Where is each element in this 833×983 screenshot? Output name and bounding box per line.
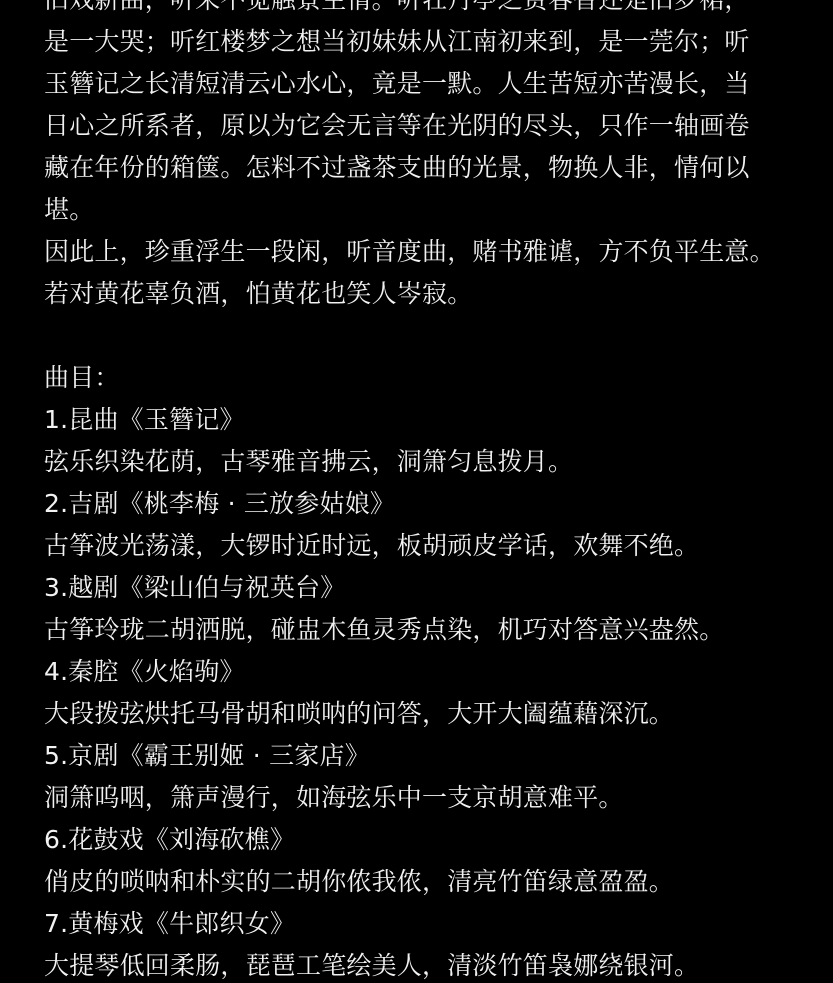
text-line: 堪。 xyxy=(44,189,833,231)
program-item: 7.黄梅戏《牛郎织女》 大提琴低回柔肠，琵琶工笔绘美人，清淡竹笛袅娜绕银河。 xyxy=(44,903,833,983)
program-item-title: 2.吉剧《桃李梅 · 三放参姑娘》 xyxy=(44,483,833,525)
text-line: 因此上，珍重浮生一段闲，听音度曲，赌书雅谑，方不负平生意。 xyxy=(44,231,833,273)
intro-paragraph: 旧戏新曲，听来不觉触景生情。听牡丹亭之赏春香还是旧罗裙， 是一大哭；听红楼梦之想… xyxy=(44,0,833,231)
text-line: 是一大哭；听红楼梦之想当初妹妹从江南初来到，是一莞尔；听 xyxy=(44,21,833,63)
program-item: 6.花鼓戏《刘海砍樵》 俏皮的唢呐和朴实的二胡你侬我侬，清亮竹笛绿意盈盈。 xyxy=(44,819,833,903)
text-line: 旧戏新曲，听来不觉触景生情。听牡丹亭之赏春香还是旧罗裙， xyxy=(44,0,833,21)
program-item-description: 大提琴低回柔肠，琵琶工笔绘美人，清淡竹笛袅娜绕银河。 xyxy=(44,945,833,983)
text-line: 藏在年份的箱箧。怎料不过盏茶支曲的光景，物换人非，情何以 xyxy=(44,147,833,189)
spacer xyxy=(44,315,833,357)
text-line: 日心之所系者，原以为它会无言等在光阴的尽头，只作一轴画卷 xyxy=(44,105,833,147)
program-section: 曲目： 1.昆曲《玉簪记》 弦乐织染花荫，古琴雅音拂云，洞箫匀息拨月。 2.吉剧… xyxy=(44,357,833,983)
program-item-title: 5.京剧《霸王别姬 · 三家店》 xyxy=(44,735,833,777)
program-item-title: 7.黄梅戏《牛郎织女》 xyxy=(44,903,833,945)
program-item: 3.越剧《梁山伯与祝英台》 古筝玲珑二胡洒脱，碰盅木鱼灵秀点染，机巧对答意兴盎然… xyxy=(44,567,833,651)
program-item-title: 4.秦腔《火焰驹》 xyxy=(44,651,833,693)
article-body: 旧戏新曲，听来不觉触景生情。听牡丹亭之赏春香还是旧罗裙， 是一大哭；听红楼梦之想… xyxy=(44,0,833,983)
program-item-description: 弦乐织染花荫，古琴雅音拂云，洞箫匀息拨月。 xyxy=(44,441,833,483)
program-item-description: 大段拨弦烘托马骨胡和唢呐的问答，大开大阖蕴藉深沉。 xyxy=(44,693,833,735)
text-line: 玉簪记之长清短清云心水心，竟是一默。人生苦短亦苦漫长，当 xyxy=(44,63,833,105)
program-item: 2.吉剧《桃李梅 · 三放参姑娘》 古筝波光荡漾，大锣时近时远，板胡顽皮学话，欢… xyxy=(44,483,833,567)
program-heading: 曲目： xyxy=(44,357,833,399)
program-item-title: 3.越剧《梁山伯与祝英台》 xyxy=(44,567,833,609)
program-item-description: 古筝玲珑二胡洒脱，碰盅木鱼灵秀点染，机巧对答意兴盎然。 xyxy=(44,609,833,651)
program-item-description: 洞箫呜咽，箫声漫行，如海弦乐中一支京胡意难平。 xyxy=(44,777,833,819)
program-item-description: 古筝波光荡漾，大锣时近时远，板胡顽皮学话，欢舞不绝。 xyxy=(44,525,833,567)
program-item-description: 俏皮的唢呐和朴实的二胡你侬我侬，清亮竹笛绿意盈盈。 xyxy=(44,861,833,903)
program-item: 5.京剧《霸王别姬 · 三家店》 洞箫呜咽，箫声漫行，如海弦乐中一支京胡意难平。 xyxy=(44,735,833,819)
program-item-title: 6.花鼓戏《刘海砍樵》 xyxy=(44,819,833,861)
program-item: 1.昆曲《玉簪记》 弦乐织染花荫，古琴雅音拂云，洞箫匀息拨月。 xyxy=(44,399,833,483)
closing-paragraph: 因此上，珍重浮生一段闲，听音度曲，赌书雅谑，方不负平生意。 若对黄花辜负酒，怕黄… xyxy=(44,231,833,315)
text-line: 若对黄花辜负酒，怕黄花也笑人岑寂。 xyxy=(44,273,833,315)
program-item-title: 1.昆曲《玉簪记》 xyxy=(44,399,833,441)
program-item: 4.秦腔《火焰驹》 大段拨弦烘托马骨胡和唢呐的问答，大开大阖蕴藉深沉。 xyxy=(44,651,833,735)
